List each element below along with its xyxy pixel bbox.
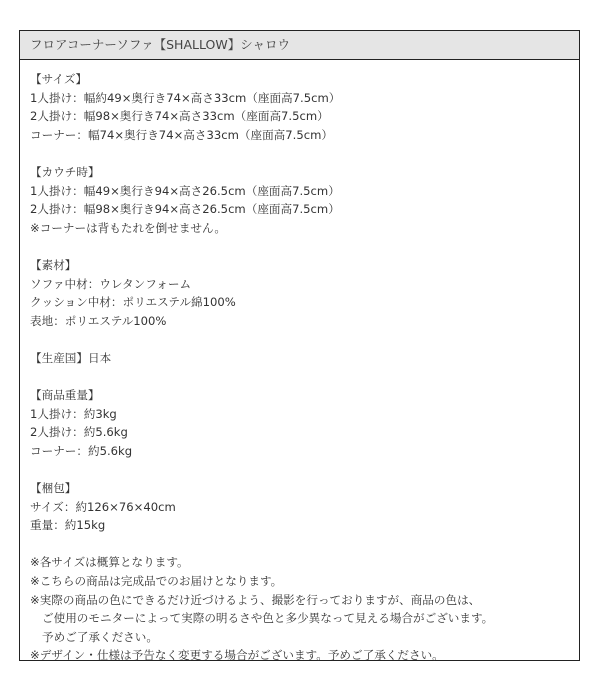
note-color-cont: ご使用のモニターによって実際の明るさや色と多少異なって見える場合がございます。 [30, 609, 579, 628]
note-color-ack: 予めご了承ください。 [30, 628, 579, 647]
couch-double: 2人掛け：幅98×奥行き94×高さ26.5cm（座面高7.5cm） [30, 200, 579, 219]
size-corner: コーナー：幅74×奥行き74×高さ33cm（座面高7.5cm） [30, 126, 579, 145]
section-origin: 【生産国】日本 [30, 349, 579, 368]
section-notes: ※各サイズは概算となります。 ※こちらの商品は完成品でのお届けとなります。 ※実… [30, 553, 579, 665]
packing-size: サイズ：約126×76×40cm [30, 498, 579, 517]
product-spec-table: フロアコーナーソファ【SHALLOW】シャロウ 【サイズ】 1人掛け：幅約49×… [19, 30, 580, 661]
section-heading-size: 【サイズ】 [30, 70, 579, 89]
section-heading-material: 【素材】 [30, 256, 579, 275]
couch-note: ※コーナーは背もたれを倒せません。 [30, 219, 579, 238]
material-sofa-filling: ソファ中材：ウレタンフォーム [30, 275, 579, 294]
material-cushion-filling: クッション中材：ポリエステル綿100% [30, 293, 579, 312]
note-size-approx: ※各サイズは概算となります。 [30, 553, 579, 572]
packing-weight: 重量：約15kg [30, 516, 579, 535]
size-double: 2人掛け：幅98×奥行き74×高さ33cm（座面高7.5cm） [30, 107, 579, 126]
weight-double: 2人掛け：約5.6kg [30, 423, 579, 442]
section-heading-weight: 【商品重量】 [30, 386, 579, 405]
section-heading-packing: 【梱包】 [30, 479, 579, 498]
material-upholstery: 表地：ポリエステル100% [30, 312, 579, 331]
note-design-change: ※デザイン・仕様は予告なく変更する場合がございます。予めご了承ください。 [30, 646, 579, 665]
section-packing: 【梱包】 サイズ：約126×76×40cm 重量：約15kg [30, 479, 579, 535]
product-title-header: フロアコーナーソファ【SHALLOW】シャロウ [20, 31, 579, 60]
product-title: フロアコーナーソファ【SHALLOW】シャロウ [30, 37, 290, 52]
weight-corner: コーナー：約5.6kg [30, 442, 579, 461]
weight-single: 1人掛け：約3kg [30, 405, 579, 424]
couch-single: 1人掛け：幅49×奥行き94×高さ26.5cm（座面高7.5cm） [30, 182, 579, 201]
section-material: 【素材】 ソファ中材：ウレタンフォーム クッション中材：ポリエステル綿100% … [30, 256, 579, 330]
section-heading-couch: 【カウチ時】 [30, 163, 579, 182]
origin-country: 【生産国】日本 [30, 349, 579, 368]
section-weight: 【商品重量】 1人掛け：約3kg 2人掛け：約5.6kg コーナー：約5.6kg [30, 386, 579, 460]
size-single: 1人掛け：幅約49×奥行き74×高さ33cm（座面高7.5cm） [30, 89, 579, 108]
spec-body: 【サイズ】 1人掛け：幅約49×奥行き74×高さ33cm（座面高7.5cm） 2… [20, 60, 579, 665]
note-color: ※実際の商品の色にできるだけ近づけるよう、撮影を行っておりますが、商品の色は、 [30, 591, 579, 610]
note-delivery: ※こちらの商品は完成品でのお届けとなります。 [30, 572, 579, 591]
section-size: 【サイズ】 1人掛け：幅約49×奥行き74×高さ33cm（座面高7.5cm） 2… [30, 70, 579, 144]
section-couch: 【カウチ時】 1人掛け：幅49×奥行き94×高さ26.5cm（座面高7.5cm）… [30, 163, 579, 237]
